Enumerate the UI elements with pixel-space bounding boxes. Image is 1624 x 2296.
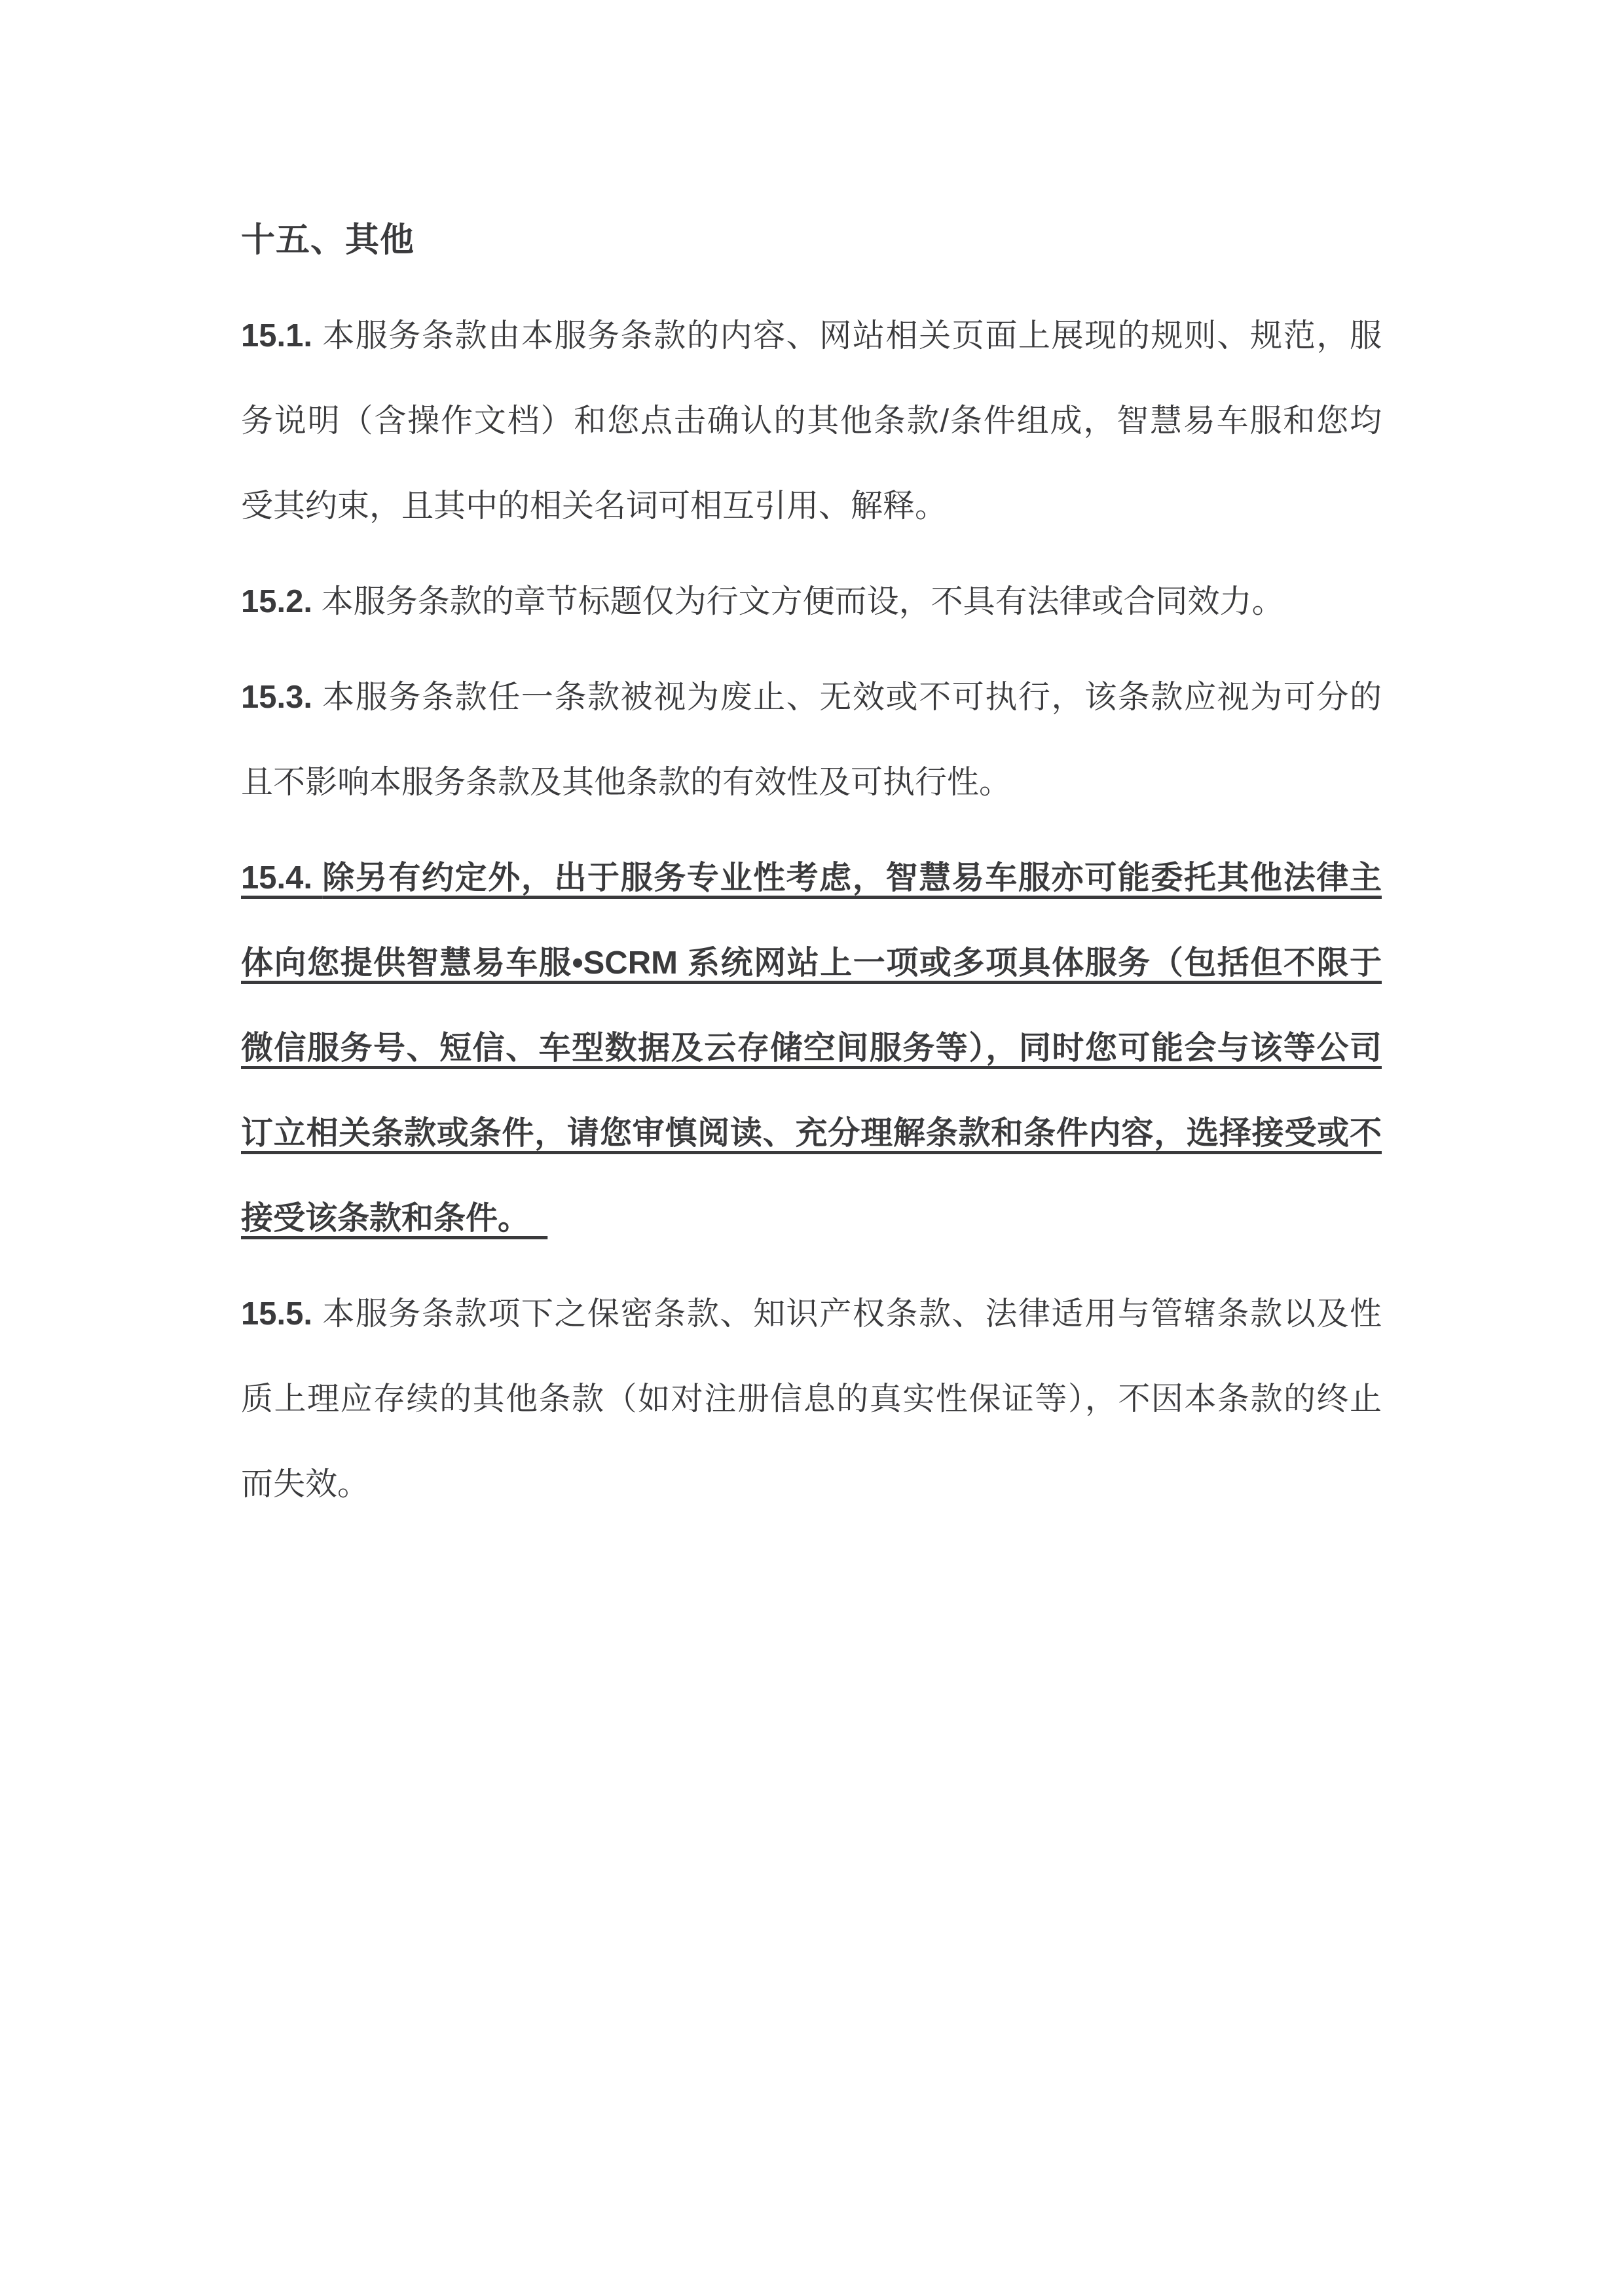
clause-text: 本服务条款项下之保密条款、知识产权条款、法律适用与管辖条款以及性 [322, 1296, 1382, 1332]
text-line: 15.1. 本服务条款由本服务条款的内容、网站相关页面上展现的规则、规范，服 [241, 293, 1382, 378]
clause-number: 15.1. [241, 318, 322, 354]
clause-text: 本服务条款任一条款被视为废止、无效或不可执行，该条款应视为可分的 [322, 680, 1382, 715]
text-line: 15.4. 除另有约定外，出于服务专业性考虑，智慧易车服亦可能委托其他法律主 [241, 835, 1382, 920]
text-line: 微信服务号、短信、车型数据及云存储空间服务等），同时您可能会与该等公司 [241, 1006, 1382, 1091]
clause-number: 15.4. [241, 860, 322, 896]
text-line: 15.3. 本服务条款任一条款被视为废止、无效或不可执行，该条款应视为可分的 [241, 655, 1382, 740]
document-content: 十五、其他 15.1. 本服务条款由本服务条款的内容、网站相关页面上展现的规则、… [241, 198, 1382, 1537]
clause-text: 本服务条款由本服务条款的内容、网站相关页面上展现的规则、规范，服 [322, 318, 1382, 354]
paragraph-15-5: 15.5. 本服务条款项下之保密条款、知识产权条款、法律适用与管辖条款以及性 质… [241, 1271, 1382, 1527]
document-page: 十五、其他 15.1. 本服务条款由本服务条款的内容、网站相关页面上展现的规则、… [0, 0, 1624, 2296]
clause-number: 15.3. [241, 680, 322, 715]
text-line: 体向您提供智慧易车服•SCRM 系统网站上一项或多项具体服务（包括但不限于 [241, 920, 1382, 1006]
text-line: 务说明（含操作文档）和您点击确认的其他条款/条件组成，智慧易车服和您均 [241, 378, 1382, 464]
text-line: 且不影响本服务条款及其他条款的有效性及可执行性。 [241, 740, 1382, 825]
text-line: 15.2. 本服务条款的章节标题仅为行文方便而设，不具有法律或合同效力。 [241, 559, 1382, 644]
clause-number: 15.2. [241, 584, 322, 619]
text-line: 而失效。 [241, 1442, 1382, 1527]
paragraph-15-2: 15.2. 本服务条款的章节标题仅为行文方便而设，不具有法律或合同效力。 [241, 559, 1382, 644]
text-line: 15.5. 本服务条款项下之保密条款、知识产权条款、法律适用与管辖条款以及性 [241, 1271, 1382, 1357]
clause-text: 本服务条款的章节标题仅为行文方便而设，不具有法律或合同效力。 [322, 584, 1284, 619]
text-line: 受其约束，且其中的相关名词可相互引用、解释。 [241, 464, 1382, 549]
paragraph-15-3: 15.3. 本服务条款任一条款被视为废止、无效或不可执行，该条款应视为可分的 且… [241, 655, 1382, 825]
text-line: 接受该条款和条件。 [241, 1176, 1382, 1261]
paragraph-15-4: 15.4. 除另有约定外，出于服务专业性考虑，智慧易车服亦可能委托其他法律主 体… [241, 835, 1382, 1261]
text-line: 质上理应存续的其他条款（如对注册信息的真实性保证等），不因本条款的终止 [241, 1357, 1382, 1442]
section-heading: 十五、其他 [241, 198, 1382, 283]
clause-number: 15.5. [241, 1296, 322, 1332]
paragraph-15-1: 15.1. 本服务条款由本服务条款的内容、网站相关页面上展现的规则、规范，服 务… [241, 293, 1382, 549]
text-line: 订立相关条款或条件，请您审慎阅读、充分理解条款和条件内容，选择接受或不 [241, 1091, 1382, 1176]
clause-text: 除另有约定外，出于服务专业性考虑，智慧易车服亦可能委托其他法律主 [322, 860, 1382, 896]
